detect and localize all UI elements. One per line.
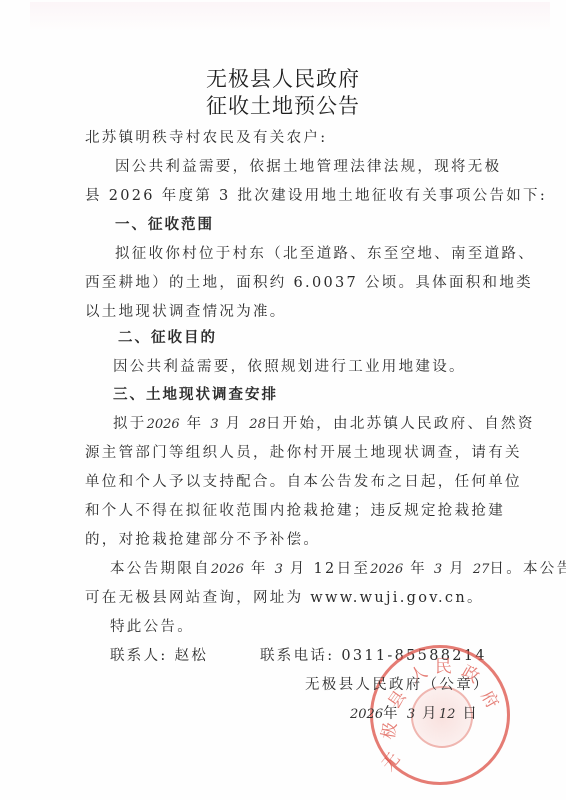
section3-line1: 拟于2026 年 3 月 28日开始，由北苏镇人民政府、自然资 <box>113 412 535 433</box>
text: 日。本公告 <box>489 561 566 577</box>
contact-person-name: 赵松 <box>175 648 209 664</box>
text: 本公告期限自 <box>110 561 211 577</box>
handwritten-sign-day: 12 <box>439 707 456 722</box>
section2-line1: 因公共利益需要，依照规划进行工业用地建设。 <box>113 355 466 376</box>
text: 年 <box>251 561 268 577</box>
text: 拟于 <box>113 416 147 432</box>
scanned-document-page: 无极县人民政府 征收土地预公告 北苏镇明秩寺村农民及有关农户: 因公共利益需要，… <box>0 0 566 800</box>
section3-line4: 和个人不得在拟征收范围内抢栽抢建；违反规定抢栽抢建 <box>85 499 505 520</box>
text: 日 <box>462 706 479 722</box>
text: 日开始，由北苏镇人民政府、自然资 <box>266 416 535 432</box>
signature-date: 2026年 3 月12 日 <box>350 702 479 723</box>
section3-line2: 源主管部门等组织人员，赴你村开展土地现状调查，请有关 <box>85 441 522 462</box>
section2-heading: 二、征收目的 <box>118 326 217 347</box>
document-title-line2: 征收土地预公告 <box>0 90 566 120</box>
contact-phone-label: 联系电话: <box>260 648 334 664</box>
salutation: 北苏镇明秩寺村农民及有关农户: <box>85 126 327 147</box>
intro-line2: 县 2026 年度第 3 批次建设用地土地征收有关事项公告如下: <box>85 184 547 205</box>
text: 日至 <box>337 561 371 577</box>
period-line2: 可在无极县网站查询，网址为 www.wuji.gov.cn。 <box>85 586 484 607</box>
text: 月 <box>422 706 439 722</box>
text: 年 <box>410 561 427 577</box>
section1-line2: 西至耕地）的土地，面积约 6.0037 公顷。具体面积和地类 <box>85 271 533 292</box>
document-title-line1: 无极县人民政府 <box>0 63 566 93</box>
handwritten-end-year: 2026 <box>370 562 403 577</box>
section3-heading: 三、土地现状调查安排 <box>113 383 278 404</box>
scan-artifact <box>30 2 550 32</box>
handwritten-year: 2026 <box>147 417 180 432</box>
handwritten-end-day: 27 <box>473 562 490 577</box>
seal-char: 无 <box>374 746 404 775</box>
text: 12 <box>314 561 337 577</box>
handwritten-start-month: 3 <box>275 562 283 577</box>
section1-line3: 以土地现状调查情况为准。 <box>85 300 287 321</box>
handwritten-end-month: 3 <box>434 562 442 577</box>
contact-person: 联系人: 赵松 <box>110 644 208 665</box>
text: 年 <box>383 706 400 722</box>
period-line1: 本公告期限自2026 年 3 月 12日至2026 年 3 月 27日。本公告 <box>110 557 566 578</box>
text: 年 <box>187 416 204 432</box>
handwritten-sign-month: 3 <box>407 707 415 722</box>
section1-heading: 一、征收范围 <box>115 213 214 234</box>
section1-line1: 拟征收你村位于村东（北至道路、东至空地、南至道路、 <box>115 242 535 263</box>
section3-line5: 的，对抢栽抢建部分不予补偿。 <box>85 528 320 549</box>
seal-char: 极 <box>374 720 402 741</box>
section3-line3: 单位和个人予以支持配合。自本公告发布之日起，任何单位 <box>85 470 522 491</box>
intro-line1: 因公共利益需要，依据土地管理法律法规，现将无极 <box>115 155 501 176</box>
handwritten-month: 3 <box>210 417 218 432</box>
signature-org: 无极县人民政府（公章） <box>305 673 490 694</box>
text: 月 <box>449 561 466 577</box>
text: 月 <box>290 561 307 577</box>
text: 月 <box>226 416 243 432</box>
contact-person-label: 联系人: <box>110 648 168 664</box>
handwritten-day: 28 <box>249 417 266 432</box>
handwritten-start-year: 2026 <box>211 562 244 577</box>
closing: 特此公告。 <box>110 615 194 636</box>
handwritten-sign-year: 2026 <box>350 707 383 722</box>
